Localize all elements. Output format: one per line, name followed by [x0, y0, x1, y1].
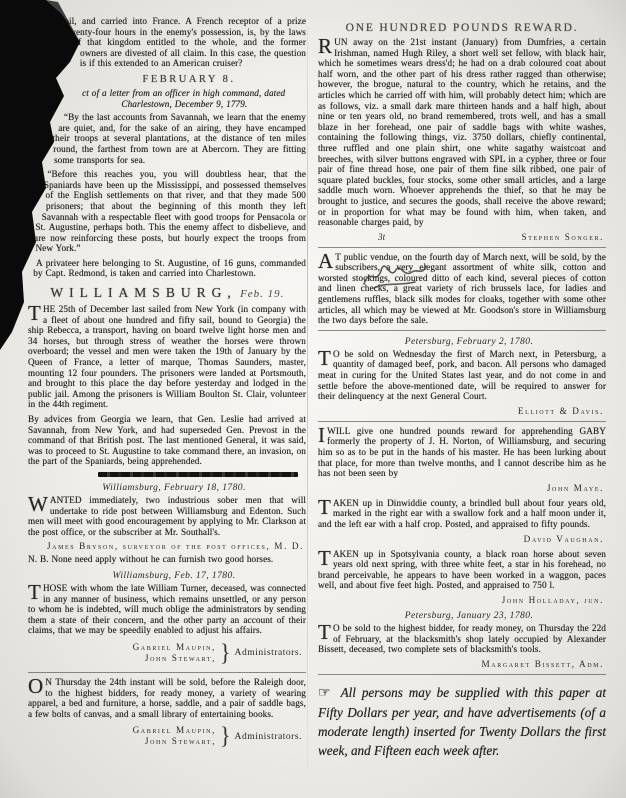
dropcap-R: R — [318, 37, 334, 55]
bull-signature: David Vaughan. — [524, 534, 604, 544]
turner-signature-block: Gabriel Maupin, John Stewart, } Administ… — [28, 640, 302, 666]
dropcap-T5: T — [318, 549, 333, 567]
ink-mark — [360, 258, 430, 292]
gaby-signature-line: John Maye. — [318, 483, 604, 493]
bull-signature-line: David Vaughan. — [318, 534, 604, 544]
sale-paragraph: ON Thursday the 24th instant will be sol… — [28, 677, 306, 719]
subscription-notice: ☞All persons may be supplied with this p… — [318, 683, 606, 760]
ornamental-rule — [98, 472, 298, 477]
section-rule — [318, 674, 606, 675]
bull-text: AKEN up in Dinwiddie county, a brindled … — [318, 498, 606, 529]
sale-signature-block: Gabriel Maupin, John Stewart, } Administ… — [28, 723, 302, 749]
insertion-mark: 3t — [378, 232, 385, 242]
section-rule — [318, 330, 606, 331]
runaway-text: UN away on the 21st instant (January) fr… — [318, 37, 606, 227]
wanted-dateline: Williamsburg, February 18, 1780. — [42, 482, 306, 493]
administrator-name: Gabriel Maupin, — [133, 725, 216, 736]
dropcap-O: O — [28, 677, 45, 695]
dropcap-W: W — [28, 495, 50, 513]
wanted-signature: James Bryson, surveyor of the post offic… — [28, 541, 304, 551]
column-divider — [307, 26, 308, 768]
smith-paragraph: TO be sold to the highest bidder, for re… — [318, 623, 606, 655]
runaway-signature-line: 3t Stephen Songer. — [318, 232, 604, 242]
nota-bene: N. B. None need apply without he can fur… — [28, 554, 306, 565]
subscription-notice-text: All persons may be supplied with this pa… — [318, 685, 606, 758]
section-rule — [28, 672, 306, 673]
beef-dateline: Petersburg, February 2, 1780. — [332, 336, 606, 347]
turner-signature-names: Gabriel Maupin, John Stewart, — [133, 642, 216, 664]
wanted-signature-text: James Bryson, surveyor of the post offic… — [47, 541, 304, 551]
horse-signature: John Holladay, jun. — [502, 595, 604, 605]
dropcap-T3: T — [318, 349, 333, 367]
newspaper-page: Nail, and carried into France. A French … — [0, 0, 626, 798]
gaby-paragraph: I WILL give one hundred pounds reward fo… — [318, 426, 606, 479]
section-rule — [318, 247, 606, 248]
horse-paragraph: TAKEN up in Spotsylvania county, a black… — [318, 549, 606, 591]
smith-signature-line: Margaret Bissett, Adm. — [318, 659, 604, 669]
brace-glyph: } — [220, 722, 231, 751]
brace-glyph: } — [220, 639, 231, 668]
smith-text: O be sold to the highest bidder, for rea… — [318, 623, 606, 654]
administrator-name: Gabriel Maupin, — [133, 642, 216, 653]
wanted-paragraph: WANTED immediately, two industrious sobe… — [28, 495, 306, 537]
section-rule — [318, 421, 606, 422]
beef-signature-line: Elliott & Davis. — [318, 406, 604, 416]
sale-text: N Thursday the 24th instant will be sold… — [28, 677, 306, 719]
beef-text: O be sold on Wednesday the first of Marc… — [318, 349, 606, 401]
advices-paragraph: By advices from Georgia we learn, that G… — [28, 414, 306, 467]
dropcap-I: I — [318, 426, 327, 444]
sale-signature-names: Gabriel Maupin, John Stewart, — [133, 725, 216, 747]
turner-paragraph: THOSE with whom the late William Turner,… — [28, 583, 306, 636]
beef-signature: Elliott & Davis. — [518, 406, 604, 416]
beef-paragraph: TO be sold on Wednesday the first of Mar… — [318, 349, 606, 402]
reward-heading: ONE HUNDRED POUNDS REWARD. — [318, 22, 606, 34]
turner-text: HOSE with whom the late William Turner, … — [28, 583, 306, 635]
smith-signature: Margaret Bissett, Adm. — [482, 659, 604, 669]
administrators-label: Administrators. — [235, 731, 302, 742]
dropcap-A: A — [318, 252, 335, 270]
dropcap-T6: T — [318, 623, 333, 641]
gaby-signature: John Maye. — [547, 483, 604, 493]
right-column: ONE HUNDRED POUNDS REWARD. RUN away on t… — [318, 20, 606, 760]
manicule-icon: ☞ — [318, 686, 331, 701]
gaby-text: WILL give one hundred pounds reward for … — [318, 426, 606, 478]
torn-corner — [0, 0, 120, 360]
smith-dateline: Petersburg, January 23, 1780. — [332, 610, 606, 621]
horse-text: AKEN up in Spotsylvania county, a black … — [318, 549, 606, 591]
bull-paragraph: TAKEN up in Dinwiddie county, a brindled… — [318, 498, 606, 530]
turner-dateline: Williamsburg, Feb. 17, 1780. — [42, 570, 306, 581]
administrator-name: John Stewart, — [133, 653, 216, 664]
administrator-name: John Stewart, — [133, 736, 216, 747]
administrators-label: Administrators. — [235, 647, 302, 658]
runaway-signature: Stephen Songer. — [522, 232, 604, 242]
runaway-paragraph: RUN away on the 21st instant (January) f… — [318, 37, 606, 228]
horse-signature-line: John Holladay, jun. — [318, 595, 604, 605]
dropcap-T2: T — [28, 583, 43, 601]
dropcap-T4: T — [318, 498, 333, 516]
williamsburg-date: Feb. 19. — [240, 288, 284, 300]
wanted-text: ANTED immediately, two industrious sober… — [28, 495, 306, 537]
